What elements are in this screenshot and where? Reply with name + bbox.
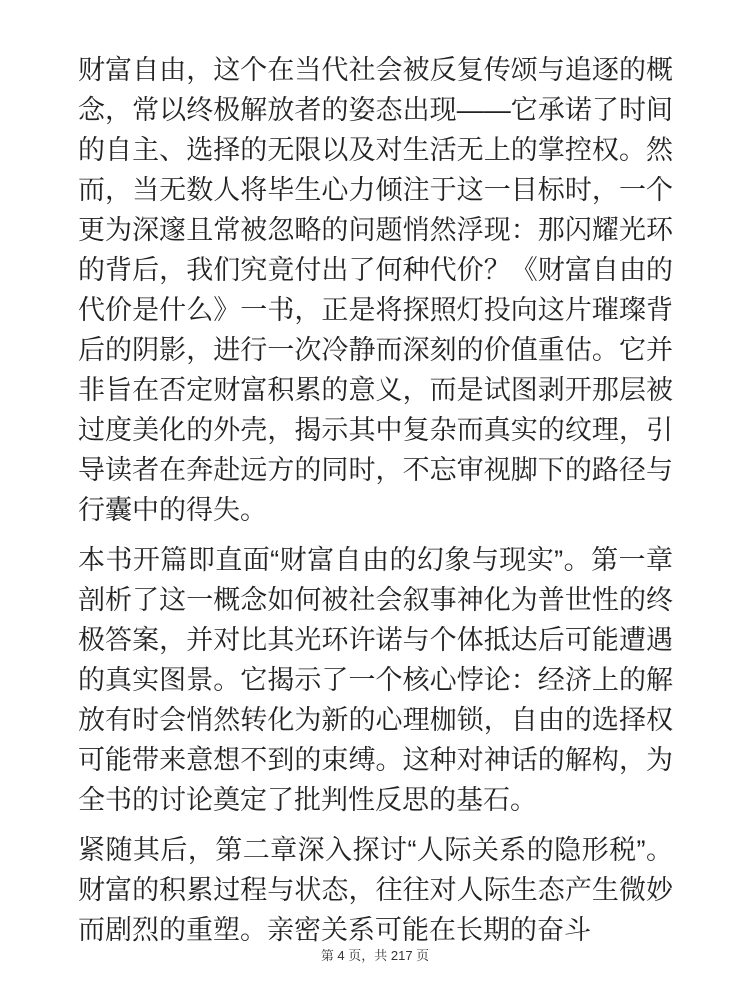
paragraph: 财富自由，这个在当代社会被反复传颂与追逐的概念，常以终极解放者的姿态出现——它承… xyxy=(78,50,673,530)
page-content: 财富自由，这个在当代社会被反复传颂与追逐的概念，常以终极解放者的姿态出现——它承… xyxy=(0,0,750,950)
document-page: 财富自由，这个在当代社会被反复传颂与追逐的概念，常以终极解放者的姿态出现——它承… xyxy=(0,0,750,1000)
paragraph: 本书开篇即直面“财富自由的幻象与现实”。第一章剖析了这一概念如何被社会叙事神化为… xyxy=(78,540,673,820)
page-indicator: 第 4 页，共 217 页 xyxy=(0,947,750,965)
paragraph: 紧随其后，第二章深入探讨“人际关系的隐形税”。财富的积累过程与状态，往往对人际生… xyxy=(78,830,673,950)
